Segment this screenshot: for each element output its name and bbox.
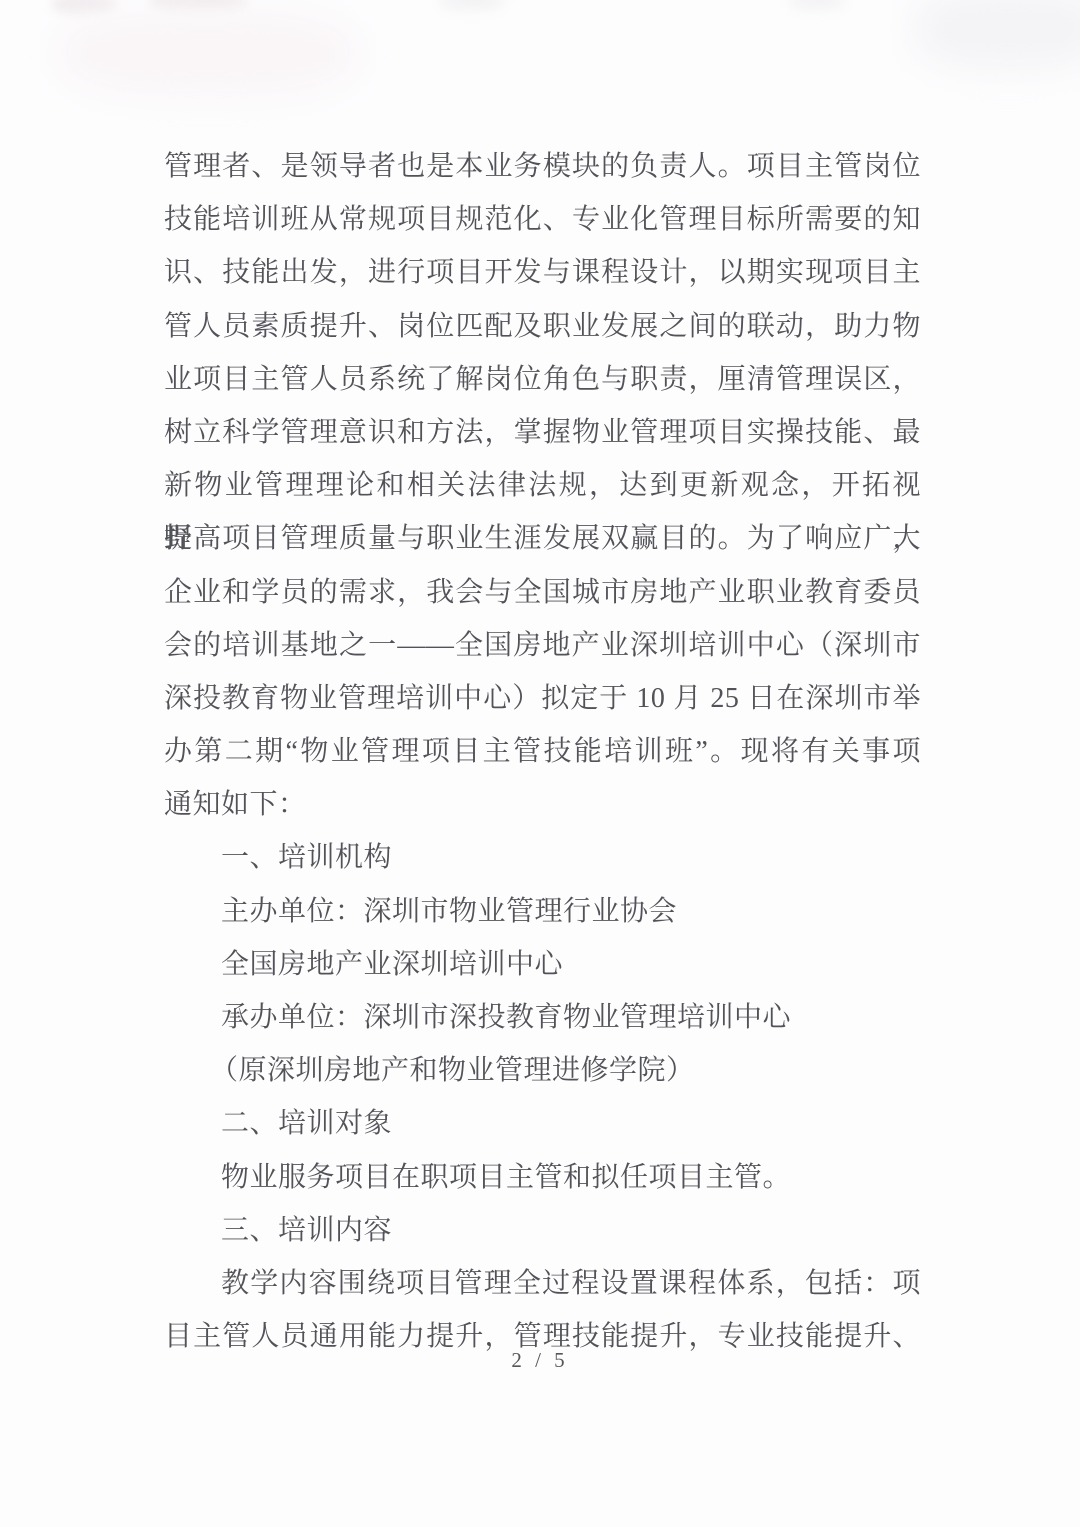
- scanned-document-page: 管理者、是领导者也是本业务模块的负责人。项目主管岗位技能培训班从常规项目规范化、…: [0, 0, 1080, 1527]
- text-line: （原深圳房地产和物业管理进修学院）: [164, 1044, 921, 1097]
- text-line: 业项目主管人员系统了解岗位角色与职责，厘清管理误区，: [164, 353, 921, 406]
- page-number: 2 / 5: [0, 1348, 1080, 1373]
- scan-smudge: [790, 0, 844, 8]
- text-line: 二、培训对象: [164, 1097, 921, 1150]
- text-line: 新物业管理理论和相关法律法规，达到更新观念，开拓视野，: [164, 459, 921, 512]
- text-line: 会的培训基地之一——全国房地产业深圳培训中心（深圳市: [164, 619, 921, 672]
- text-line: 识、技能出发，进行项目开发与课程设计，以期实现项目主: [164, 246, 921, 299]
- text-line: 全国房地产业深圳培训中心: [164, 938, 921, 991]
- text-line: 主办单位：深圳市物业管理行业协会: [164, 885, 921, 938]
- text-line: 物业服务项目在职项目主管和拟任项目主管。: [164, 1151, 921, 1204]
- text-line: 管理者、是领导者也是本业务模块的负责人。项目主管岗位: [164, 140, 921, 193]
- text-line: 提高项目管理质量与职业生涯发展双赢目的。为了响应广大: [164, 512, 921, 565]
- text-line: 技能培训班从常规项目规范化、专业化管理目标所需要的知: [164, 193, 921, 246]
- text-line: 管人员素质提升、岗位匹配及职业发展之间的联动，助力物: [164, 300, 921, 353]
- scan-smudge: [150, 0, 246, 12]
- text-line: 通知如下：: [164, 778, 921, 831]
- text-line: 一、培训机构: [164, 831, 921, 884]
- text-line: 教学内容围绕项目管理全过程设置课程体系，包括：项: [164, 1257, 921, 1310]
- text-line: 三、培训内容: [164, 1204, 921, 1257]
- text-line: 树立科学管理意识和方法，掌握物业管理项目实操技能、最: [164, 406, 921, 459]
- scan-smudge: [58, 8, 358, 98]
- text-line: 企业和学员的需求，我会与全国城市房地产业职业教育委员: [164, 566, 921, 619]
- text-line: 办第二期“物业管理项目主管技能培训班”。现将有关事项: [164, 725, 921, 778]
- text-line: 深投教育物业管理培训中心）拟定于 10 月 25 日在深圳市举: [164, 672, 921, 725]
- scan-smudge: [52, 0, 116, 14]
- scan-smudge: [440, 0, 504, 8]
- scan-smudge: [914, 0, 1080, 70]
- document-body: 管理者、是领导者也是本业务模块的负责人。项目主管岗位技能培训班从常规项目规范化、…: [164, 140, 921, 1363]
- text-line: 承办单位：深圳市深投教育物业管理培训中心: [164, 991, 921, 1044]
